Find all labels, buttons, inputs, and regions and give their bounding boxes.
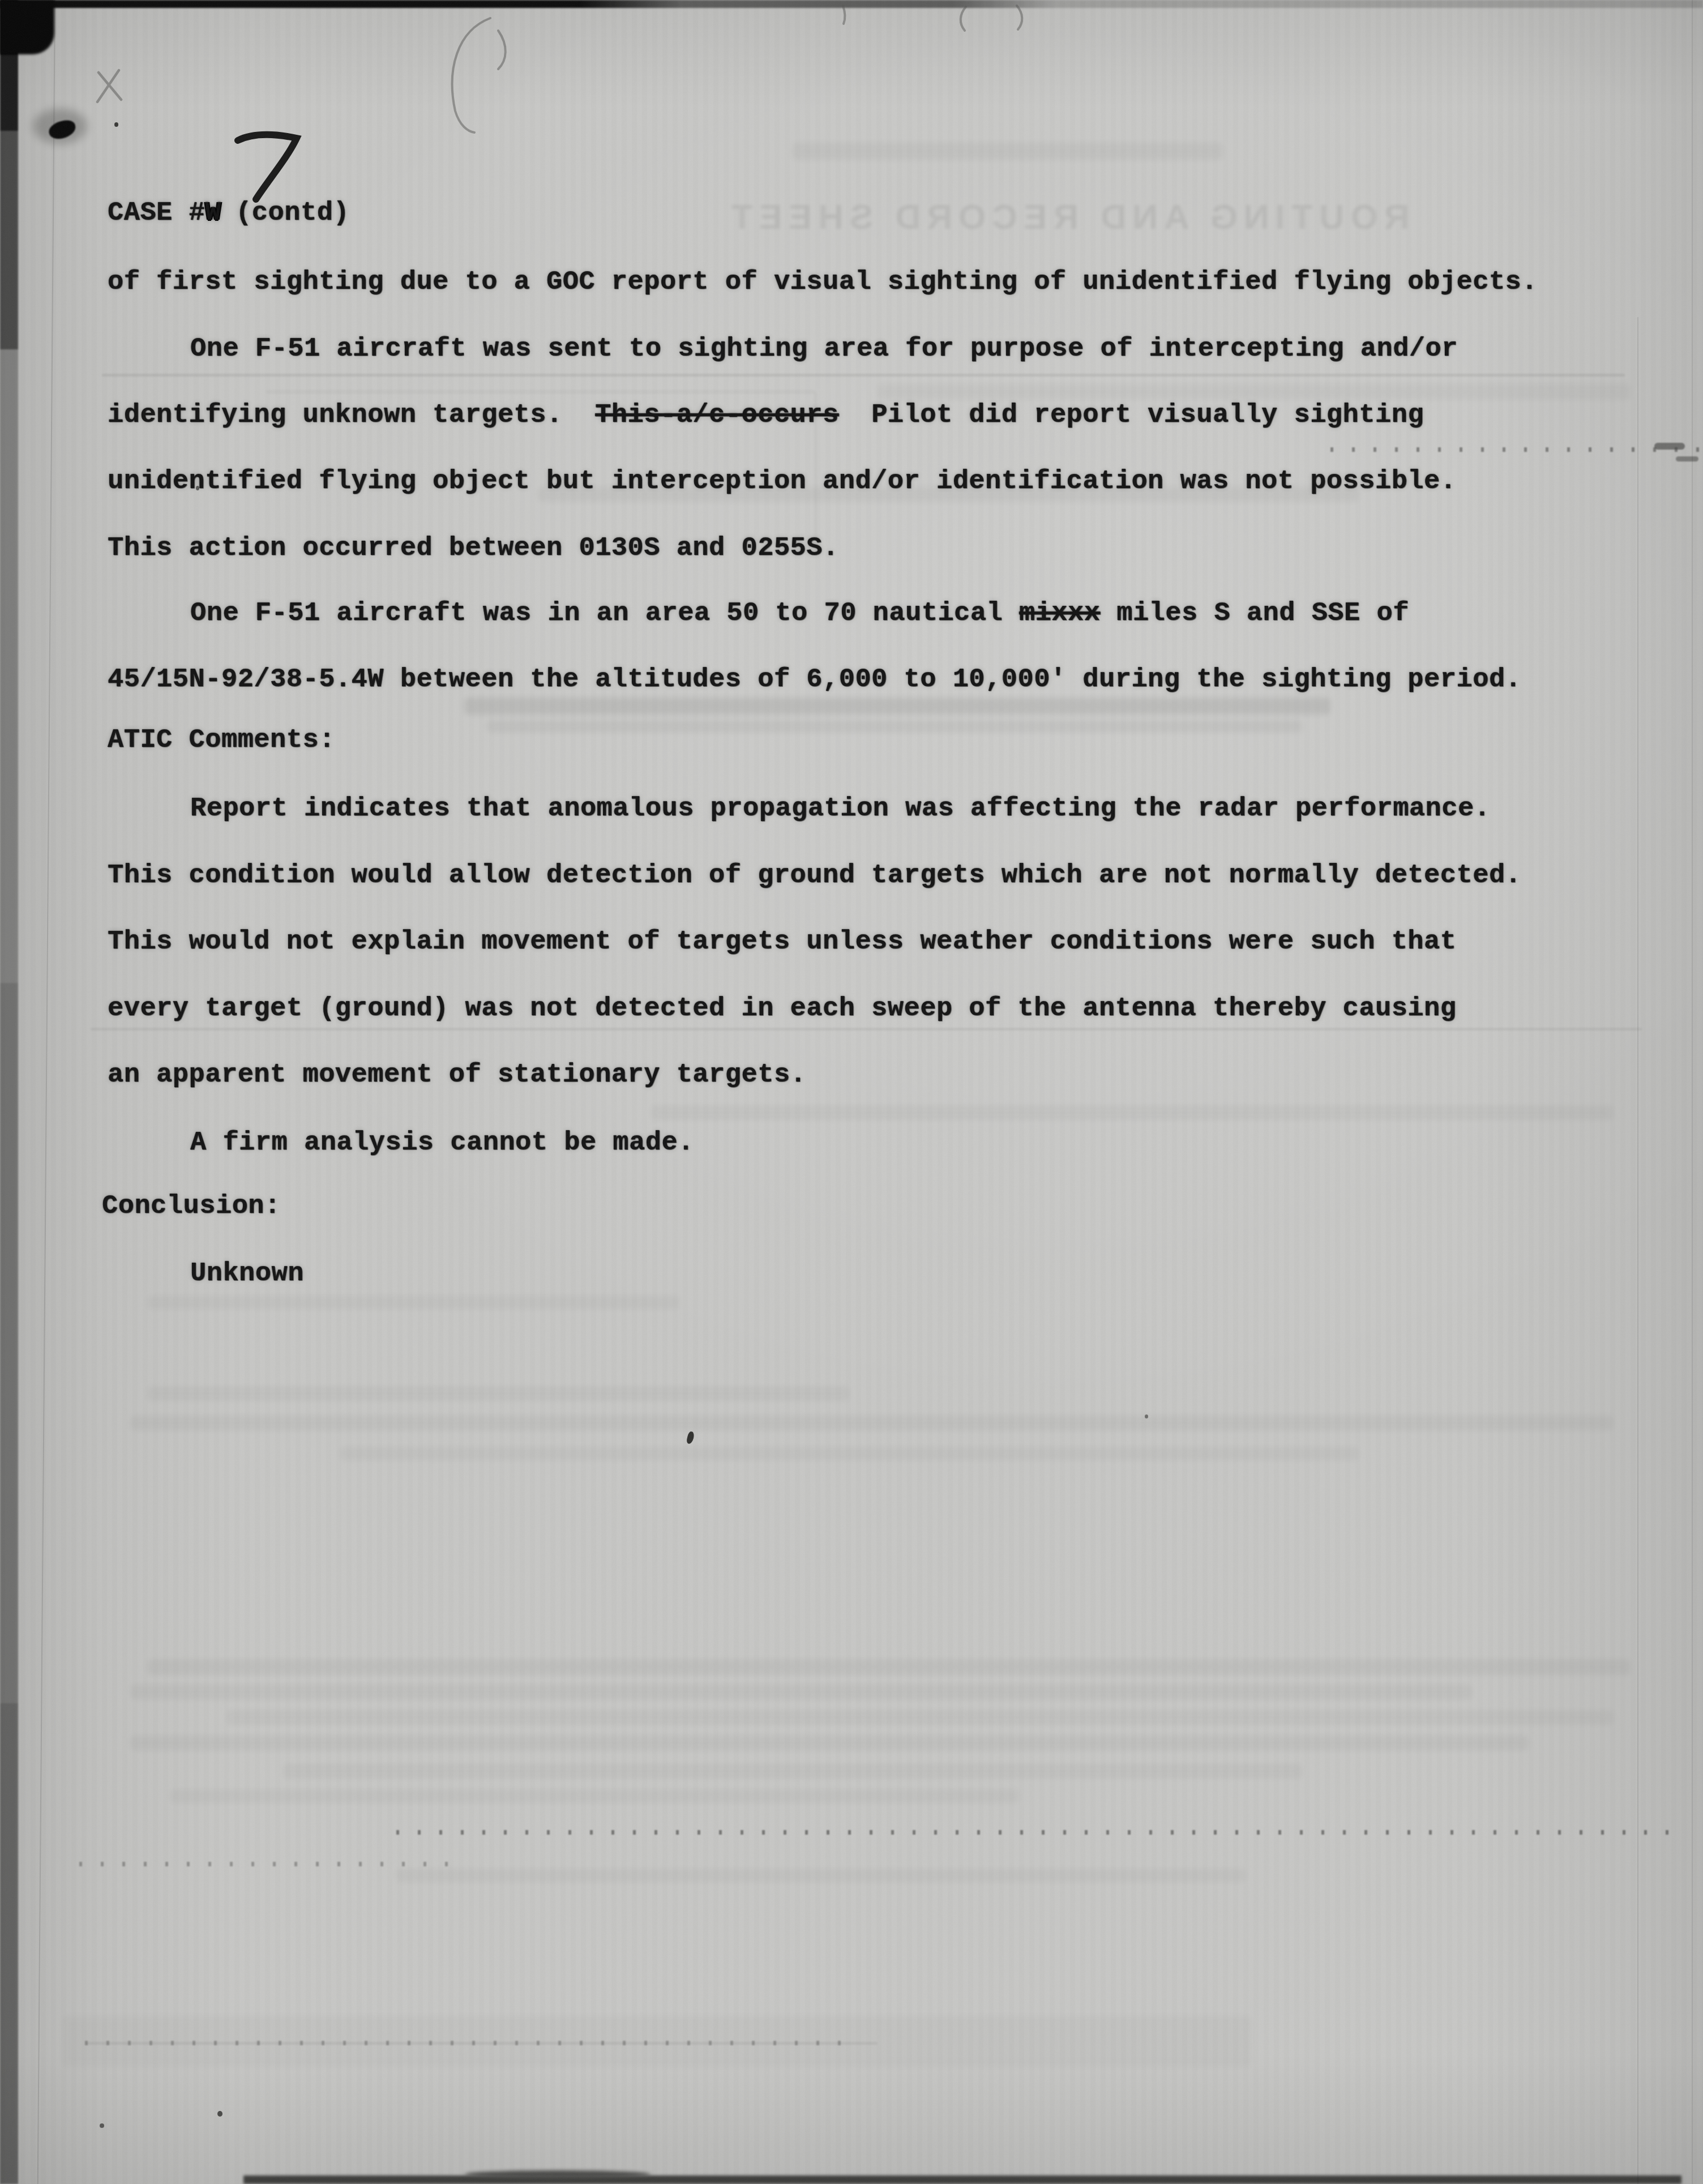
pencil-marks-layer	[0, 0, 1703, 2184]
speckle-row	[79, 1862, 464, 1866]
body-line: Report indicates that anomalous propagat…	[108, 793, 1490, 826]
bleedthrough-line	[226, 1710, 1614, 1725]
bleedthrough-line	[130, 1416, 1614, 1430]
ink-dash	[1676, 456, 1698, 461]
ink-dash	[1654, 443, 1685, 450]
section-heading-atic-comments: ATIC Comments:	[108, 724, 335, 757]
scan-edge-left	[0, 0, 18, 2184]
case-heading-post: (contd)	[219, 198, 349, 228]
ink-smudge	[33, 109, 87, 144]
bleedthrough-line	[793, 143, 1223, 160]
handwritten-case-number	[238, 135, 297, 199]
speckle-row	[1330, 447, 1703, 452]
fold-line-right	[1637, 317, 1638, 2184]
body-line: One F-51 aircraft was in an area 50 to 7…	[108, 597, 1409, 630]
scan-streak	[91, 1028, 1642, 1031]
page-edge-right	[1692, 0, 1693, 2184]
bleedthrough-line	[147, 1386, 849, 1401]
case-number-overtyped: W	[205, 198, 219, 228]
bleedthrough-line	[147, 1296, 679, 1309]
body-line-post: miles S and SSE of	[1100, 599, 1409, 629]
case-heading-pre: CASE #	[108, 198, 205, 228]
body-line: A firm analysis cannot be made.	[108, 1127, 694, 1160]
fold-line-left	[37, 0, 55, 2184]
conclusion-value: Unknown	[108, 1258, 304, 1290]
scan-edge-bottom	[243, 2176, 1681, 2184]
bleedthrough-line	[340, 1447, 1359, 1460]
bleedthrough-line	[62, 2016, 1251, 2067]
ink-fleck	[1145, 1414, 1148, 1418]
bleedthrough-rule	[266, 391, 815, 393]
body-line: of first sighting due to a GOC report of…	[108, 266, 1538, 299]
bleedthrough-line	[651, 1105, 1614, 1120]
body-line: identifying unknown targets. This-a/c-oc…	[108, 399, 1424, 432]
body-line: One F-51 aircraft was sent to sighting a…	[108, 333, 1458, 366]
bleedthrough-line	[283, 1764, 1302, 1779]
pencil-curl-marks	[452, 6, 1022, 133]
ink-fleck	[196, 486, 199, 490]
bleedthrough-rule	[814, 392, 816, 539]
body-line: 45/15N-92/38-5.4W between the altitudes …	[108, 664, 1521, 696]
scan-corner-artifact	[0, 0, 54, 54]
body-line-pre: identifying unknown targets.	[108, 400, 595, 430]
case-heading: CASE #W (contd)	[108, 197, 349, 230]
scan-streak	[102, 374, 1625, 377]
ink-blob	[47, 118, 78, 142]
bleedthrough-line	[538, 487, 1359, 502]
struck-out-text: mixxx	[1019, 599, 1101, 629]
bleedthrough-line	[396, 1869, 1246, 1882]
bleedthrough-routing-record-sheet: ROUTING AND RECORD SHEET	[711, 197, 1424, 237]
ink-fleck	[100, 2123, 104, 2128]
section-heading-conclusion: Conclusion:	[102, 1190, 281, 1223]
bleedthrough-line	[130, 1736, 1529, 1750]
bleedthrough-line	[170, 1789, 1019, 1803]
ink-fleck	[217, 2111, 222, 2117]
bleedthrough-line	[878, 384, 1631, 400]
struck-out-text: This-a/c-occurs	[595, 400, 839, 430]
body-line-post: Pilot did report visually sighting	[839, 400, 1424, 430]
bleedthrough-line	[147, 1659, 1631, 1675]
ink-fleck	[686, 1431, 695, 1444]
ink-fleck	[114, 122, 118, 127]
bleedthrough-line	[487, 720, 1302, 733]
pencil-x-mark	[97, 70, 121, 102]
body-line: This would not explain movement of targe…	[108, 926, 1456, 959]
paper-grain-overlay	[0, 0, 1703, 2184]
speckle-row	[396, 1830, 1670, 1835]
speckle-row	[85, 2041, 849, 2045]
body-line: an apparent movement of stationary targe…	[108, 1059, 806, 1092]
body-line-pre: One F-51 aircraft was in an area 50 to 7…	[190, 599, 1019, 629]
body-line: every target (ground) was not detected i…	[108, 993, 1456, 1025]
scan-edge-bottom-bump	[464, 2170, 651, 2178]
scanned-document-page: ROUTING AND RECORD SHEET	[0, 0, 1703, 2184]
body-line: This action occurred between 0130S and 0…	[108, 532, 839, 565]
bleedthrough-line	[130, 1685, 1472, 1699]
body-line: unidentified flying object but intercept…	[108, 465, 1456, 498]
scan-streak	[85, 2042, 878, 2045]
bleedthrough-line	[464, 698, 1330, 715]
scan-edge-top	[0, 0, 1703, 8]
body-line: This condition would allow detection of …	[108, 860, 1521, 892]
